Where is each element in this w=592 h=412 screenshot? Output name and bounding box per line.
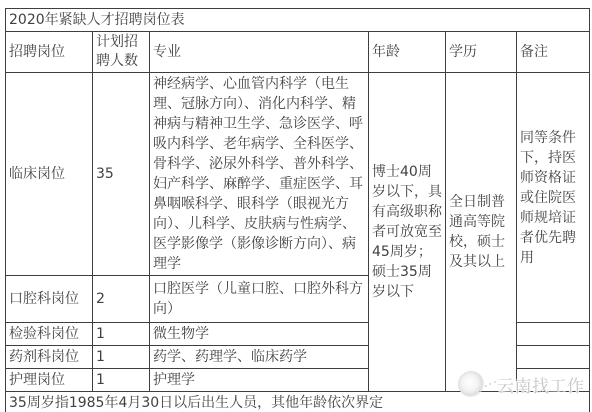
count-cell: 1: [93, 369, 150, 392]
major-cell: 神经病学、心血管内科学（电生理、冠脉方向）、消化内科学、精神病与精神卫生学、急诊…: [150, 73, 369, 276]
major-cell: 微生物学: [150, 323, 369, 346]
table-row: 临床岗位 35 神经病学、心血管内科学（电生理、冠脉方向）、消化内科学、精神病与…: [6, 73, 590, 276]
header-position: 招聘岗位: [6, 32, 93, 73]
count-cell: 1: [93, 323, 150, 346]
position-cell: 临床岗位: [6, 73, 93, 276]
count-cell: 1: [93, 346, 150, 369]
count-cell: 2: [93, 276, 150, 323]
age-requirement-cell: 博士40周岁以下，具有高级职称者可放宽至45周岁；硕士35周岁以下: [369, 73, 446, 392]
remark-cell: 同等条件下，持医师资格证或住院医师规培证者优先聘用: [517, 73, 590, 323]
page: 2020年紧缺人才招聘岗位表 招聘岗位 计划招聘人数 专业 年龄 学历 备注 临…: [0, 0, 592, 412]
header-age: 年龄: [369, 32, 446, 73]
header-planned-count: 计划招聘人数: [93, 32, 150, 73]
major-cell: 药学、药理学、临床药学: [150, 346, 369, 369]
position-cell: 药剂科岗位: [6, 346, 93, 369]
remark-empty-cell: [517, 346, 590, 369]
position-cell: 检验科岗位: [6, 323, 93, 346]
remark-empty-cell: [517, 369, 590, 392]
remark-empty-cell: [517, 323, 590, 346]
position-cell: 护理岗位: [6, 369, 93, 392]
education-requirement-cell: 全日制普通高等院校，硕士及其以上: [446, 73, 517, 392]
position-cell: 口腔科岗位: [6, 276, 93, 323]
header-remark: 备注: [517, 32, 590, 73]
footnote-cell: 35周岁指1985年4月30日以后出生人员，其他年龄依次界定: [6, 392, 590, 412]
header-major: 专业: [150, 32, 369, 73]
major-cell: 护理学: [150, 369, 369, 392]
count-cell: 35: [93, 73, 150, 276]
major-cell: 口腔医学（儿童口腔、口腔外科方向）: [150, 276, 369, 323]
header-education: 学历: [446, 32, 517, 73]
table-title: 2020年紧缺人才招聘岗位表: [6, 9, 590, 32]
recruitment-table: 2020年紧缺人才招聘岗位表 招聘岗位 计划招聘人数 专业 年龄 学历 备注 临…: [5, 8, 590, 412]
